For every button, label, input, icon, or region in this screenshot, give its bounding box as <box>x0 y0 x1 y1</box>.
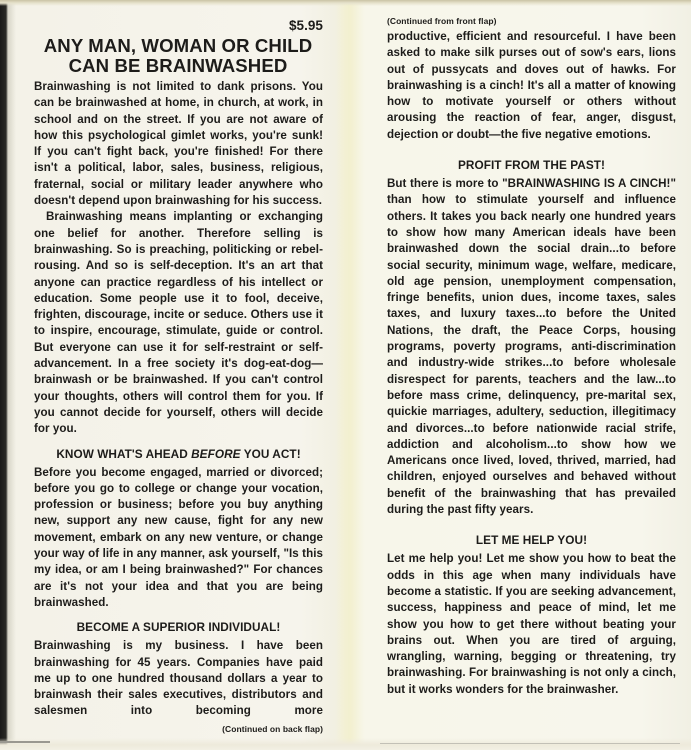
let-me-help-body: Let me help you! Let me show you how to … <box>387 551 676 698</box>
headline-line-2: CAN BE BRAINWASHED <box>30 56 326 76</box>
price: $5.95 <box>34 17 323 34</box>
fold-crease <box>335 0 365 750</box>
section-heading-superior-individual: BECOME A SUPERIOR INDIVIDUAL! <box>34 619 323 635</box>
intro-paragraph: Brainwashing is not limited to dank pris… <box>34 79 323 209</box>
know-whats-ahead-body: Before you become engaged, married or di… <box>34 465 323 612</box>
section-heading-know-whats-ahead: KNOW WHAT'S AHEAD BEFORE YOU ACT! <box>34 446 323 462</box>
section-heading-let-me-help: LET ME HELP YOU! <box>387 532 676 548</box>
heading-emphasis: BEFORE <box>191 447 240 461</box>
headline-line-1: ANY MAN, WOMAN OR CHILD <box>30 36 326 56</box>
section-heading-profit-from-past: PROFIT FROM THE PAST! <box>387 157 676 173</box>
definition-paragraph: Brainwashing means implanting or exchang… <box>34 209 323 437</box>
heading-part: YOU ACT! <box>241 447 301 461</box>
headline: ANY MAN, WOMAN OR CHILD CAN BE BRAINWASH… <box>30 36 326 76</box>
superior-individual-body: Brainwashing is my business. I have been… <box>34 638 323 719</box>
continued-note: (Continued on back flap) <box>34 723 323 735</box>
profit-from-past-body: But there is more to "BRAINWASHING IS A … <box>387 176 676 518</box>
back-flap: (Continued from front flap) productive, … <box>387 0 676 698</box>
front-flap: $5.95 ANY MAN, WOMAN OR CHILD CAN BE BRA… <box>34 0 323 735</box>
back-intro-paragraph: productive, efficient and resourceful. I… <box>387 29 676 143</box>
continued-from-note: (Continued from front flap) <box>387 15 676 27</box>
bottom-edge <box>0 738 691 750</box>
heading-part: KNOW WHAT'S AHEAD <box>56 447 191 461</box>
